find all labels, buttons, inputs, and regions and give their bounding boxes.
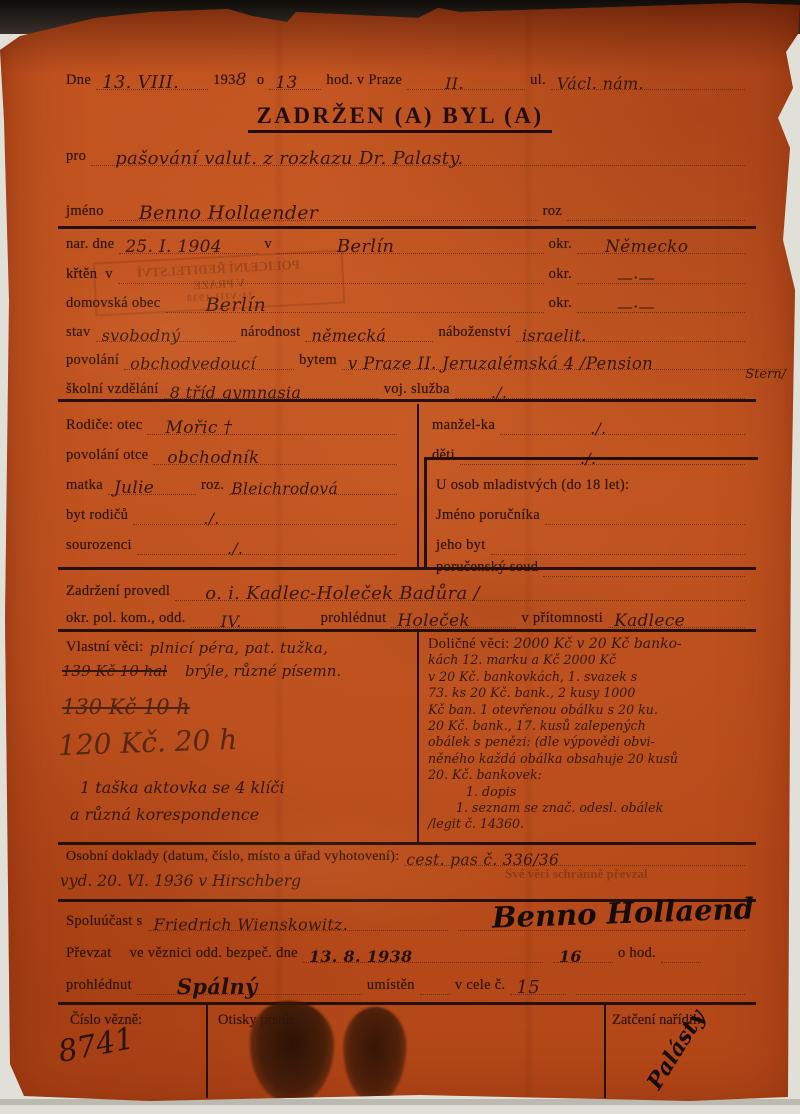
- krten-okr-blank: —·—: [577, 268, 745, 284]
- dolicne-first-line: Doličné věci:2000 Kč v 20 Kč banko-: [428, 636, 764, 652]
- district-blank: II.: [407, 74, 525, 90]
- o-label: o: [257, 72, 265, 90]
- byt-rodicu-label: byt rodičů: [66, 507, 128, 525]
- obec-blank: Berlín: [166, 297, 544, 313]
- date-blank: 13. VIII.: [96, 74, 208, 90]
- pritomnost-blank: Kadlece: [608, 612, 745, 628]
- roz-label: roz: [543, 203, 562, 221]
- prevzat-hour-blank: 16: [553, 947, 613, 963]
- spoluucast-blank: Friedrich Wienskowitz.: [148, 915, 448, 931]
- prohlednut2-signature: Spálný: [177, 974, 258, 999]
- stav-label: stav: [66, 324, 91, 342]
- obec-label: domovská obec: [66, 295, 161, 313]
- dne-label: Dne: [66, 72, 91, 90]
- vlastni-line4-handwritten: a různá korespondence: [70, 805, 259, 824]
- prevzat-date-handwritten: 13. 8. 1938: [309, 947, 413, 966]
- bottom-divider-1: [206, 1005, 208, 1098]
- orange-form-paper: Dne 13. VIII. 1938 o 13 hod. v Praze II.…: [0, 0, 800, 1114]
- krten-okr-label: okr.: [549, 266, 572, 284]
- bytem-wrap-handwritten: Stern/: [745, 367, 786, 382]
- zadrzeni-line: Zadržení provedl o. i. Kadlec-Holeček Ba…: [66, 583, 750, 601]
- jmeno-label: jméno: [66, 203, 104, 221]
- matka-roz-handwritten: Bleichrodová: [231, 480, 338, 498]
- povolani-otce-handwritten: obchodník: [167, 448, 259, 468]
- vlastni-struck1-handwritten: 139 Kč 10 hal: [62, 662, 167, 680]
- year-handwritten: 8: [236, 70, 247, 90]
- vlastni-big-amount-handwritten: 120 Kč. 20 h: [57, 723, 237, 762]
- umisten-gap: [420, 979, 450, 995]
- stav-blank: svobodný: [96, 326, 236, 342]
- doklady-line2-handwritten: vyd. 20. VI. 1936 v Hirschberg: [60, 872, 301, 890]
- zadrzeni-label: Zadržení provedl: [66, 583, 170, 601]
- minors-heading: U osob mladistvých (do 18 let):: [436, 477, 629, 495]
- pro-blank: pašování valut. z rozkazu Dr. Palasty.: [91, 150, 745, 166]
- umisten-label: umístěn: [367, 977, 415, 995]
- street-blank: Václ. nám.: [551, 74, 745, 90]
- pro-line: pro pašování valut. z rozkazu Dr. Palast…: [66, 148, 750, 166]
- nar-date-blank: 25. I. 1904: [119, 238, 259, 254]
- ul-label: ul.: [530, 72, 546, 90]
- bytem-blank: v Praze II. Jeruzalémská 4 /Pension: [342, 354, 785, 370]
- manzelka-line: manžel-ka ./.: [432, 417, 750, 435]
- header-date-line: Dne 13. VIII. 1938 o 13 hod. v Praze II.…: [66, 70, 750, 90]
- dolicne-line-5: 20 Kč. bank., 17. kusů zalepených: [428, 718, 764, 734]
- manzelka-label: manžel-ka: [432, 417, 495, 435]
- roz-blank: [567, 205, 745, 221]
- prevzat-hour-handwritten: 16: [559, 947, 582, 966]
- prohlednut2-blank: Spálný: [137, 979, 362, 995]
- stav-handwritten: svobodný: [102, 326, 181, 345]
- manzelka-handwritten: ./.: [590, 419, 606, 438]
- prevzat-label2: ve věznici odd. bezpeč. dne: [130, 945, 298, 963]
- povolani-blank: obchodvedoucí: [124, 354, 294, 370]
- nar-label: nar. dne: [66, 236, 114, 254]
- okrpol-odd-blank: IV.: [191, 612, 286, 628]
- okrpol-label: okr. pol. kom., odd.: [66, 610, 186, 628]
- povolani-line: povolání obchodvedoucí bytem v Praze II.…: [66, 352, 790, 370]
- otec-label: Rodiče: otec: [66, 417, 142, 435]
- obec-okr-blank: —·—: [577, 297, 745, 313]
- sourozenci-handwritten: ./.: [227, 539, 243, 558]
- district-handwritten: II.: [445, 74, 464, 93]
- spoluucast-handwritten: Friedrich Wienskowitz.: [154, 915, 349, 934]
- form-title-wrap: ZADRŽEN (A) BYL (A): [0, 103, 800, 133]
- nar-okr-handwritten: Německo: [605, 237, 688, 257]
- sourozenci-label: sourozenci: [66, 537, 132, 555]
- cela-handwritten: 15: [516, 977, 540, 998]
- nar-v-label: v: [264, 236, 272, 254]
- prohlednut-label: prohlédnut: [321, 610, 387, 628]
- pro-label: pro: [66, 148, 86, 166]
- dolicne-line-9: 1. dopis: [428, 784, 764, 800]
- voj-blank: ./.: [455, 383, 745, 399]
- dolicne-line-3: 73. ks 20 Kč. bank., 2 kusy 1000: [428, 685, 764, 701]
- povolani-otce-label: povolání otce: [66, 447, 148, 465]
- skolni-line: školní vzdělání 8 tříd gymnasia voj. slu…: [66, 381, 750, 399]
- hour-handwritten: 13: [275, 73, 297, 93]
- belongings-divider: [417, 631, 419, 842]
- porucnik-blank: [545, 509, 745, 525]
- dolicne-line-8: 20. Kč. bankovek:: [428, 767, 764, 783]
- matka-label: matka: [66, 477, 103, 495]
- rule-under-belongings: [58, 842, 756, 845]
- sourozenci-blank: ./.: [137, 539, 397, 555]
- bottom-divider-2: [604, 1005, 606, 1098]
- vlastni-line1-handwritten: plnicí péra, pat. tužka,: [150, 639, 329, 657]
- date-handwritten: 13. VIII.: [102, 72, 179, 93]
- faint-stamp-text: Své věci schránně převzal: [505, 866, 648, 882]
- dolicne-line-6: obálek s penězi: (dle výpovědi obvi-: [428, 734, 764, 750]
- spoluucast-label: Spoluúčast s: [66, 913, 143, 931]
- bytem-handwritten: v Praze II. Jeruzalémská 4 /Pension: [348, 354, 653, 373]
- byt-rodicu-line: byt rodičů ./.: [66, 507, 402, 525]
- rule-under-skolni: [58, 399, 756, 402]
- parents-divider: [417, 404, 419, 568]
- cela-label: v cele č.: [455, 977, 506, 995]
- prohlednut-blank: Holeček: [391, 612, 516, 628]
- povolani-otce-blank: obchodník: [153, 449, 397, 465]
- byt-rodicu-handwritten: ./.: [203, 509, 219, 528]
- pritomnost-handwritten: Kadlece: [614, 611, 685, 631]
- okrpol-line: okr. pol. kom., odd. IV. prohlédnut Hole…: [66, 610, 750, 628]
- porucnik-label: Jméno poručníka: [436, 507, 540, 525]
- prevzat-line: Převzat ve věznici odd. bezpeč. dne 13. …: [66, 945, 750, 963]
- nabozenstvi-handwritten: israelit.: [522, 326, 586, 345]
- narodnost-label: národnost: [241, 324, 301, 342]
- prisoner-number-handwritten: 8741: [55, 1021, 137, 1070]
- matka-roz-blank: Bleichrodová: [229, 479, 397, 495]
- povolani-handwritten: obchodvedoucí: [130, 354, 256, 373]
- form-title: ZADRŽEN (A) BYL (A): [248, 103, 551, 133]
- scanned-arrest-form: Dne 13. VIII. 1938 o 13 hod. v Praze II.…: [0, 0, 800, 1114]
- rule-under-okrpol: [58, 629, 756, 632]
- manzelka-blank: ./.: [500, 419, 745, 435]
- doklady-line: Osobní doklady (datum, číslo, místo a úř…: [66, 849, 750, 866]
- dolicne-line-7: něného každá obálka obsahuje 20 kusů: [428, 751, 764, 767]
- doklady-blank: cest. pas č. 336/36: [404, 850, 745, 866]
- otec-blank: Mořic †: [147, 419, 397, 435]
- dolicne-line-1: kách 12. marku a Kč 2000 Kč: [428, 652, 764, 668]
- povolani-label: povolání: [66, 352, 119, 370]
- dolicne-label: Doličné věci:: [428, 636, 514, 652]
- street-handwritten: Václ. nám.: [557, 74, 644, 93]
- jeho-byt-line: jeho byt: [436, 537, 750, 555]
- year-printed: 193: [213, 72, 236, 90]
- rule-under-parents: [58, 567, 756, 570]
- fingerprint-right: [341, 1006, 407, 1105]
- dolicne-line-2: v 20 Kč. bankovkách, 1. svazek s: [428, 669, 764, 685]
- dolicne-line-4: Kč ban. 1 otevřenou obálku s 20 ku.: [428, 702, 764, 718]
- prohlednut2-line: prohlédnut Spálný umístěn v cele č. 15: [66, 977, 750, 995]
- byt-rodicu-blank: ./.: [133, 509, 397, 525]
- stav-line: stav svobodný národnost německá nábožens…: [66, 324, 750, 342]
- nar-date-handwritten: 25. I. 1904: [125, 237, 222, 257]
- rule-above-bottom-cells: [58, 1002, 756, 1005]
- obec-okr-label: okr.: [549, 295, 572, 313]
- prevzat-date-blank: 13. 8. 1938: [303, 947, 543, 963]
- obec-line: domovská obec Berlín okr. —·—: [66, 295, 750, 313]
- minors-heading-line: U osob mladistvých (do 18 let):: [436, 477, 750, 495]
- hour-blank: 13: [269, 74, 321, 90]
- prohlednut2-label: prohlédnut: [66, 977, 132, 995]
- matka-blank: Julie: [108, 479, 196, 495]
- jmeno-handwritten: Benno Hollaender: [139, 202, 318, 224]
- dolicne-block: Doličné věci:2000 Kč v 20 Kč banko- kách…: [428, 636, 764, 833]
- hod-v-praze-label: hod. v Praze: [326, 72, 402, 90]
- pritomnost-label: v přítomnosti: [521, 610, 603, 628]
- cela-blank: 15: [510, 979, 566, 995]
- prevzat-label: Převzat: [66, 945, 112, 963]
- nar-okr-blank: Německo: [577, 238, 745, 254]
- voj-label: voj. služba: [384, 381, 450, 399]
- prohlednut-handwritten: Holeček: [397, 611, 470, 631]
- matka-roz-label: roz.: [201, 477, 224, 495]
- nar-okr-label: okr.: [549, 236, 572, 254]
- vlastni-line2-wrap: 139 Kč 10 hal brýle, různé písemn.: [62, 662, 341, 681]
- dolicne-line-0: 2000 Kč v 20 Kč banko-: [514, 636, 682, 652]
- krten-okr-handwritten: —·—: [617, 268, 655, 287]
- nabozenstvi-blank: israelit.: [516, 326, 745, 342]
- dolicne-line-11: /legit č. 14360.: [428, 816, 764, 832]
- sourozenci-line: sourozenci ./.: [66, 537, 402, 555]
- vlastni-line3-handwritten: 1 taška aktovka se 4 klíči: [80, 778, 284, 797]
- o-hod-label: o hod.: [618, 945, 656, 963]
- vlastni-label-line: Vlastní věci: plnicí péra, pat. tužka,: [66, 639, 402, 657]
- narodnost-handwritten: německá: [311, 326, 386, 345]
- fingerprint-left: [250, 1001, 334, 1104]
- jmeno-blank: Benno Hollaender: [109, 205, 538, 221]
- jmeno-line: jméno Benno Hollaender roz: [66, 203, 750, 221]
- povolani-otce-line: povolání otce obchodník: [66, 447, 402, 465]
- vlastni-line2-handwritten: brýle, různé písemn.: [185, 662, 341, 680]
- vlastni-struck2-handwritten: 130 Kč 10 h: [62, 695, 190, 719]
- matka-line: matka Julie roz. Bleichrodová: [66, 477, 402, 495]
- nabozenstvi-label: náboženství: [438, 324, 511, 342]
- jeho-byt-blank: [491, 539, 745, 555]
- obec-handwritten: Berlín: [206, 294, 266, 316]
- porucnik-line: Jméno poručníka: [436, 507, 750, 525]
- skolni-blank: 8 tříd gymnasia: [164, 383, 379, 399]
- doklady-label: Osobní doklady (datum, číslo, místo a úř…: [66, 849, 399, 866]
- zadrzeni-handwritten: o. i. Kadlec-Holeček Badůra /: [205, 583, 480, 604]
- zadrzeni-blank: o. i. Kadlec-Holeček Badůra /: [175, 585, 745, 601]
- nar-place-handwritten: Berlín: [337, 236, 394, 257]
- bytem-label: bytem: [299, 352, 337, 370]
- otec-line: Rodiče: otec Mořic †: [66, 417, 402, 435]
- nar-line: nar. dne 25. I. 1904 v Berlín okr. Němec…: [66, 236, 750, 254]
- matka-handwritten: Julie: [114, 478, 154, 498]
- vlastni-label: Vlastní věci:: [66, 639, 144, 657]
- dolicne-line-10: 1. seznam se znač. odesl. obálek: [428, 800, 764, 816]
- jeho-byt-label: jeho byt: [436, 537, 486, 555]
- pro-handwritten: pašování valut. z rozkazu Dr. Palasty.: [115, 148, 463, 169]
- otec-handwritten: Mořic †: [165, 418, 232, 438]
- rule-under-jmeno: [58, 226, 756, 229]
- obec-okr-handwritten: —·—: [617, 297, 655, 316]
- narodnost-blank: německá: [305, 326, 433, 342]
- skolni-label: školní vzdělání: [66, 381, 159, 399]
- cela-tail-blank: [576, 979, 745, 995]
- prevzat-tail-blank: [661, 947, 701, 963]
